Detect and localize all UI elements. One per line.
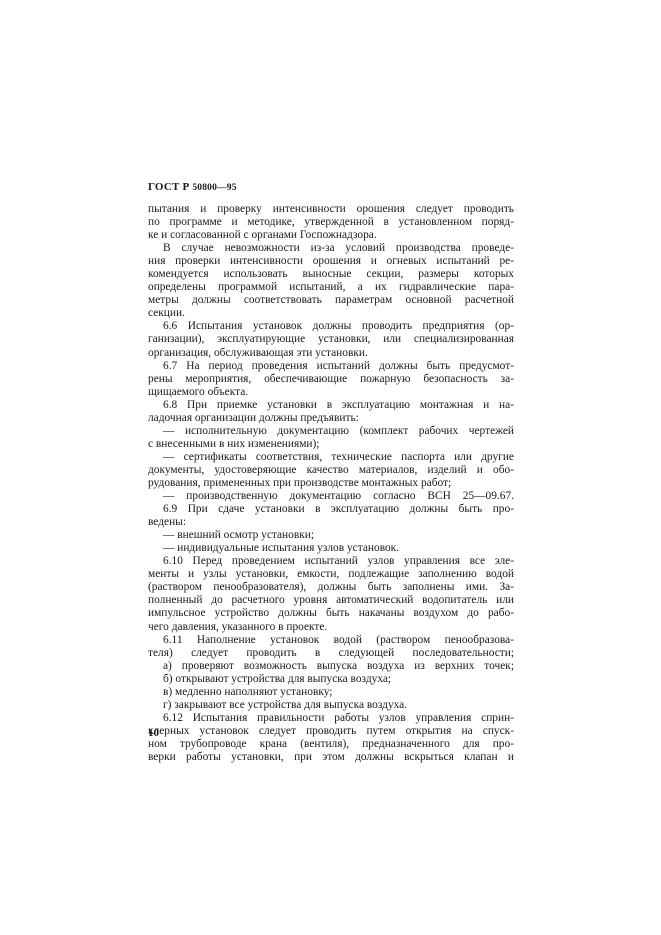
text-line: организация, обслуживающая эти установки… xyxy=(148,347,514,360)
text-line: чего давления, указанного в проекте. xyxy=(148,621,514,634)
text-line: — внешний осмотр установки; xyxy=(148,529,514,542)
text-line: 6.6 Испытания установок должны проводить… xyxy=(148,320,514,333)
text-line: б) открывают устройства для выпуска возд… xyxy=(148,673,514,686)
text-line: менты и узлы установки, емкости, подлежа… xyxy=(148,568,514,581)
text-line: — производственную документацию согласно… xyxy=(148,490,514,503)
standard-prefix: ГОСТ Р xyxy=(148,181,189,193)
page-number: 10 xyxy=(148,727,159,739)
text-line: 6.8 При приемке установки в эксплуатацию… xyxy=(148,399,514,412)
text-line: ладочная организации должны предъявить: xyxy=(148,412,514,425)
text-line: с внесенными в них изменениями); xyxy=(148,438,514,451)
text-line: комендуется использовать выносные секции… xyxy=(148,268,514,281)
text-line: 6.10 Перед проведением испытаний узлов у… xyxy=(148,555,514,568)
text-line: секции. xyxy=(148,307,514,320)
text-line: — исполнительную документацию (комплект … xyxy=(148,425,514,438)
text-line: ном трубопроводе крана (вентиля), предна… xyxy=(148,738,514,751)
text-line: определены программой испытаний, а их ги… xyxy=(148,281,514,294)
text-line: г) закрывают все устройства для выпуска … xyxy=(148,699,514,712)
text-line: клерных установок следует проводить путе… xyxy=(148,725,514,738)
document-header: ГОСТ Р 50800—95 xyxy=(148,181,237,193)
document-body: пытания и проверку интенсивности орошени… xyxy=(148,203,514,764)
text-line: ке и согласованной с органами Госпожнадз… xyxy=(148,229,514,242)
text-line: документы, удостоверяющие качество матер… xyxy=(148,464,514,477)
text-line: рены мероприятия, обеспечивающие пожарну… xyxy=(148,373,514,386)
text-line: по программе и методике, утвержденной в … xyxy=(148,216,514,229)
text-line: импульсное устройство должны быть накача… xyxy=(148,607,514,620)
text-line: (раствором пенообразователя), должны быт… xyxy=(148,581,514,594)
text-line: верки работы установки, при этом должны … xyxy=(148,751,514,764)
text-line: — сертификаты соответствия, технические … xyxy=(148,451,514,464)
text-line: 6.12 Испытания правильности работы узлов… xyxy=(148,712,514,725)
text-line: 6.9 При сдаче установки в эксплуатацию д… xyxy=(148,503,514,516)
text-line: пытания и проверку интенсивности орошени… xyxy=(148,203,514,216)
text-line: ведены: xyxy=(148,516,514,529)
text-line: полненный до расчетного уровня автоматич… xyxy=(148,594,514,607)
text-line: рудования, примененных при производстве … xyxy=(148,477,514,490)
standard-number: 50800—95 xyxy=(192,183,236,193)
text-line: ния проверки интенсивности орошения и ог… xyxy=(148,255,514,268)
text-line: метры должны соответствовать параметрам … xyxy=(148,294,514,307)
text-line: В случае невозможности из-за условий про… xyxy=(148,242,514,255)
text-line: в) медленно наполняют установку; xyxy=(148,686,514,699)
text-line: 6.7 На период проведения испытаний должн… xyxy=(148,360,514,373)
text-line: теля) следует проводить в следующей посл… xyxy=(148,647,514,660)
text-line: а) проверяют возможность выпуска воздуха… xyxy=(148,660,514,673)
text-line: ганизации), эксплуатирующие установки, и… xyxy=(148,333,514,346)
text-line: щищаемого объекта. xyxy=(148,386,514,399)
text-line: 6.11 Наполнение установок водой (раствор… xyxy=(148,634,514,647)
text-line: — индивидуальные испытания узлов установ… xyxy=(148,542,514,555)
